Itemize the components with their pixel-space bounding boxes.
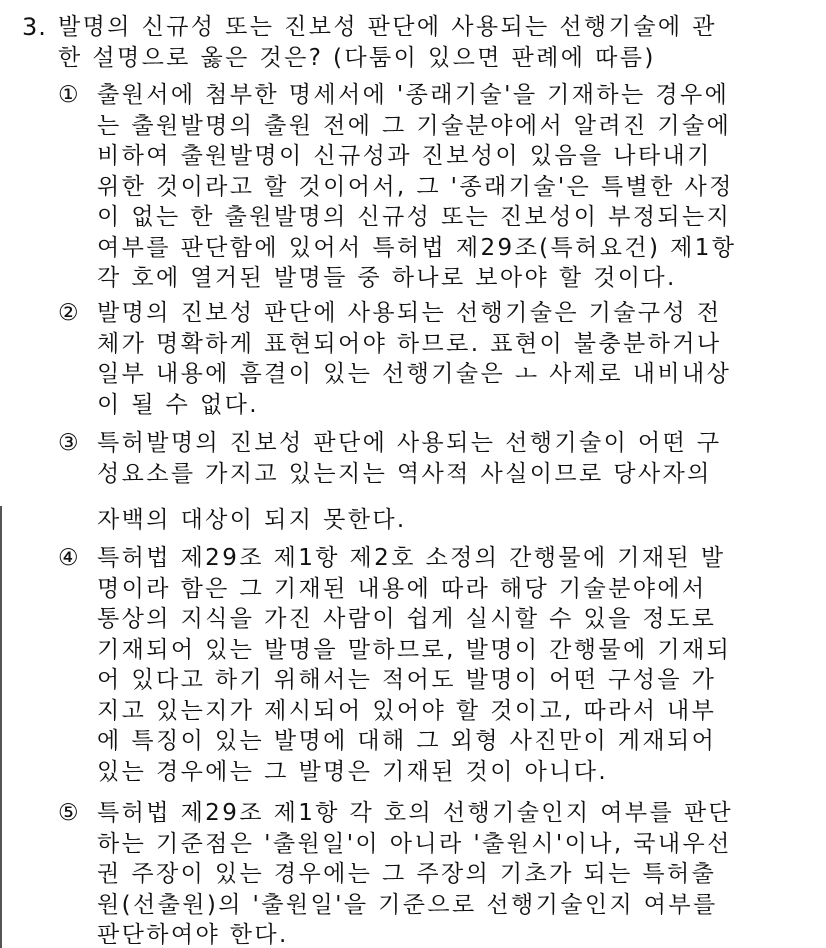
option-line: 는 출원발명의 출원 전에 그 기술분야에서 알려진 기술에 [97, 111, 736, 142]
option-line: 있는 경우에는 그 발명은 기재된 것이 아니다. [97, 757, 731, 788]
option-line: 위한 것이라고 할 것이어서, 그 '종래기술'은 특별한 사정 [97, 172, 736, 203]
option-line: 통상의 지식을 가진 사람이 쉽게 실시할 수 있을 정도로 [97, 604, 731, 635]
option-line: 하는 기준점은 '출원일'이 아니라 '출원시'이나, 국내우선 [97, 829, 733, 860]
option-line: 특허법 제29조 제1항 각 호의 선행기술인지 여부를 판단 [97, 798, 733, 829]
option-marker: ② [58, 298, 79, 329]
question-text: 발명의 신규성 또는 진보성 판단에 사용되는 선행기술에 관 한 설명으로 옳… [58, 12, 717, 73]
question-number: 3. [22, 12, 47, 43]
option-line: 에 특징이 있는 발명에 대해 그 외형 사진만이 게재되어 [97, 726, 731, 757]
option-text: 발명의 진보성 판단에 사용되는 선행기술은 기술구성 전 체가 명확하게 표현… [97, 298, 731, 420]
option-line: 출원서에 첨부한 명세서에 '종래기술'을 기재하는 경우에 [97, 80, 736, 111]
option-line: 여부를 판단함에 있어서 특허법 제29조(특허요건) 제1항 [97, 233, 736, 264]
option-line: 특허발명의 진보성 판단에 사용되는 선행기술이 어떤 구 [97, 428, 721, 459]
option-marker: ③ [58, 428, 79, 459]
option-marker: ① [58, 80, 79, 111]
option-line: 이 없는 한 출원발명의 신규성 또는 진보성이 부정되는지 [97, 202, 736, 233]
option-line: 판단하여야 한다. [97, 920, 733, 948]
question-line: 한 설명으로 옳은 것은? (다툼이 있으면 판례에 따름) [58, 43, 717, 74]
option-line: 원(선출원)의 '출원일'을 기준으로 선행기술인지 여부를 [97, 890, 733, 921]
option-line: 자백의 대상이 되지 못한다. [97, 505, 721, 536]
option-line: 특허법 제29조 제1항 제2호 소정의 간행물에 기재된 발 [97, 543, 731, 574]
option-text: 특허법 제29조 제1항 각 호의 선행기술인지 여부를 판단 하는 기준점은 … [97, 798, 733, 948]
option-marker: ⑤ [58, 798, 79, 829]
option-line: 기재되어 있는 발명을 말하므로, 발명이 간행물에 기재되 [97, 635, 731, 666]
option-line: 명이라 함은 그 기재된 내용에 따라 해당 기술분야에서 [97, 574, 731, 605]
option-text: 특허법 제29조 제1항 제2호 소정의 간행물에 기재된 발 명이라 함은 그… [97, 543, 731, 787]
option-line: 체가 명확하게 표현되어야 하므로. 표현이 불충분하거나 [97, 329, 731, 360]
option-line: 각 호에 열거된 발명들 중 하나로 보아야 할 것이다. [97, 263, 736, 294]
option-text: 출원서에 첨부한 명세서에 '종래기술'을 기재하는 경우에 는 출원발명의 출… [97, 80, 736, 294]
left-margin-rule [0, 506, 2, 948]
option-marker: ④ [58, 543, 79, 574]
option-line: 어 있다고 하기 위해서는 적어도 발명이 어떤 구성을 가 [97, 665, 731, 696]
option-line: 비하여 출원발명이 신규성과 진보성이 있음을 나타내기 [97, 141, 736, 172]
option-line: 권 주장이 있는 경우에는 그 주장의 기초가 되는 특허출 [97, 859, 733, 890]
option-line: 지고 있는지가 제시되어 있어야 할 것이고, 따라서 내부 [97, 696, 731, 727]
option-line: 발명의 진보성 판단에 사용되는 선행기술은 기술구성 전 [97, 298, 731, 329]
question-line: 발명의 신규성 또는 진보성 판단에 사용되는 선행기술에 관 [58, 12, 717, 43]
option-line: 이 될 수 없다. [97, 390, 731, 421]
option-line: 일부 내용에 흠결이 있는 선행기술은 ㅗ 사제로 내비내상 [97, 359, 731, 390]
option-text: 특허발명의 진보성 판단에 사용되는 선행기술이 어떤 구 성요소를 가지고 있… [97, 428, 721, 536]
option-line: 성요소를 가지고 있는지는 역사적 사실이므로 당사자의 [97, 459, 721, 490]
